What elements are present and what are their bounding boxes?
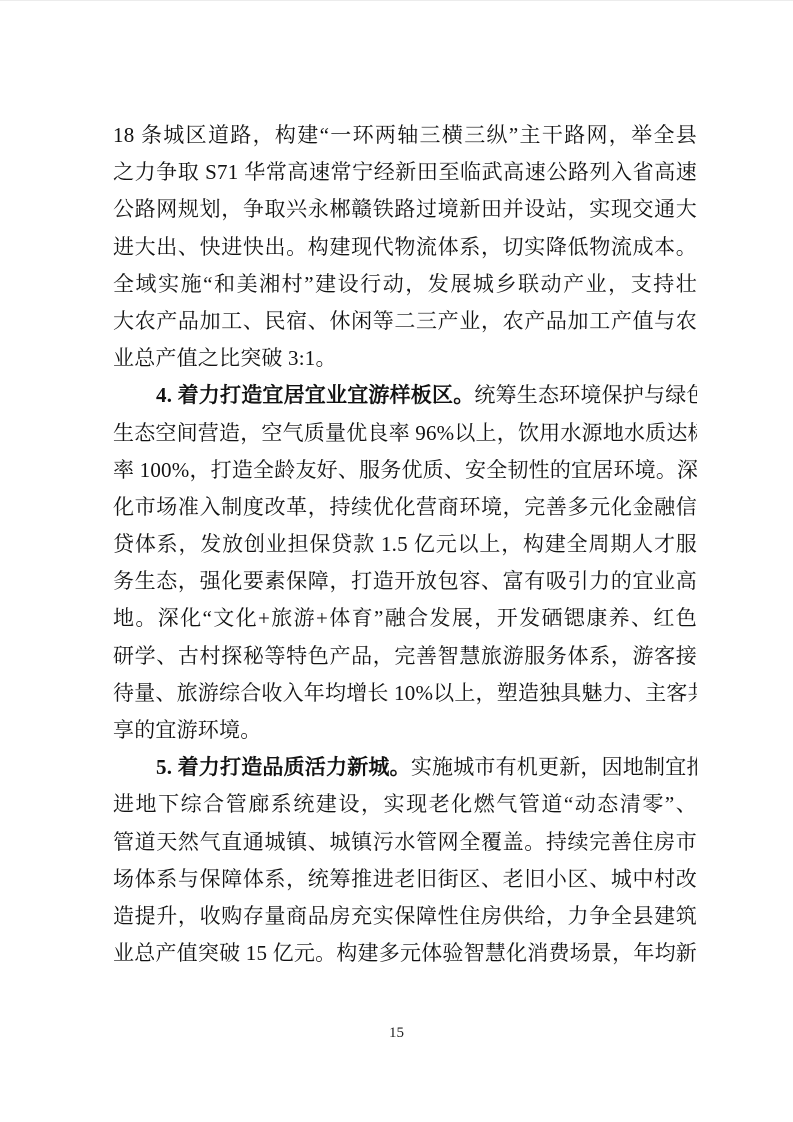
text-line: 率 100%，打造全龄友好、服务优质、安全韧性的宜居环境。深 [113,452,697,489]
text-line: 公路网规划，争取兴永郴赣铁路过境新田并设站，实现交通大 [113,191,697,228]
text-line: 进地下综合管廊系统建设，实现老化燃气管道“动态清零”、 [113,786,697,823]
text-run: 全域实施“和美湘村”建设行动，发展城乡联动产业，支持壮 [113,272,697,296]
text-line: 务生态，强化要素保障，打造开放包容、富有吸引力的宜业高 [113,563,697,600]
text-line: 之力争取 S71 华常高速常宁经新田至临武高速公路列入省高速 [113,154,697,191]
text-run: 业总产值之比突破 3:1。 [113,346,337,370]
text-run: 18 条城区道路，构建“一环两轴三横三纵”主干路网，举全县 [113,123,697,147]
text-run: 率 100%，打造全龄友好、服务优质、安全韧性的宜居环境。深 [113,458,697,482]
text-run: 研学、古村探秘等特色产品，完善智慧旅游服务体系，游客接 [113,644,697,668]
document-page: 18 条城区道路，构建“一环两轴三横三纵”主干路网，举全县之力争取 S71 华常… [0,0,793,1122]
text-line: 贷体系，发放创业担保贷款 1.5 亿元以上，构建全周期人才服 [113,526,697,563]
text-run: 造提升，收购存量商品房充实保障性住房供给，力争全县建筑 [113,904,697,928]
text-run: 贷体系，发放创业担保贷款 1.5 亿元以上，构建全周期人才服 [113,532,697,556]
text-run: 业总产值突破 15 亿元。构建多元体验智慧化消费场景，年均新 [113,941,697,965]
text-line: 研学、古村探秘等特色产品，完善智慧旅游服务体系，游客接 [113,638,697,675]
text-run: 实施城市有机更新，因地制宜推 [411,755,697,779]
text-line: 生态空间营造，空气质量优良率 96%以上，饮用水源地水质达标 [113,415,697,452]
text-run: 公路网规划，争取兴永郴赣铁路过境新田并设站，实现交通大 [113,197,697,221]
paragraph-lead-bold: 4. 着力打造宜居宜业宜游样板区。 [156,383,474,407]
text-line: 5. 着力打造品质活力新城。实施城市有机更新，因地制宜推 [113,749,697,786]
text-run: 场体系与保障体系，统筹推进老旧街区、老旧小区、城中村改 [113,867,697,891]
text-run: 地。深化“文化+旅游+体育”融合发展，开发硒锶康养、红色 [113,606,697,630]
document-text-block: 18 条城区道路，构建“一环两轴三横三纵”主干路网，举全县之力争取 S71 华常… [113,117,697,972]
page-number: 15 [0,1023,793,1043]
text-run: 进地下综合管廊系统建设，实现老化燃气管道“动态清零”、 [113,792,697,816]
text-run: 管道天然气直通城镇、城镇污水管网全覆盖。持续完善住房市 [113,830,697,854]
text-run: 进大出、快进快出。构建现代物流体系，切实降低物流成本。 [113,235,697,259]
text-line: 场体系与保障体系，统筹推进老旧街区、老旧小区、城中村改 [113,861,697,898]
text-run: 待量、旅游综合收入年均增长 10%以上，塑造独具魅力、主客共 [113,681,697,705]
text-run: 大农产品加工、民宿、休闲等二三产业，农产品加工产值与农 [113,309,697,333]
text-line: 18 条城区道路，构建“一环两轴三横三纵”主干路网，举全县 [113,117,697,154]
text-line: 4. 着力打造宜居宜业宜游样板区。统筹生态环境保护与绿色 [113,377,697,414]
text-line: 业总产值之比突破 3:1。 [113,340,697,377]
text-line: 地。深化“文化+旅游+体育”融合发展，开发硒锶康养、红色 [113,600,697,637]
text-run: 统筹生态环境保护与绿色 [474,383,697,407]
text-line: 享的宜游环境。 [113,712,697,749]
text-line: 大农产品加工、民宿、休闲等二三产业，农产品加工产值与农 [113,303,697,340]
text-run: 务生态，强化要素保障，打造开放包容、富有吸引力的宜业高 [113,569,697,593]
text-line: 业总产值突破 15 亿元。构建多元体验智慧化消费场景，年均新 [113,935,697,972]
text-line: 进大出、快进快出。构建现代物流体系，切实降低物流成本。 [113,229,697,266]
text-line: 化市场准入制度改革，持续优化营商环境，完善多元化金融信 [113,489,697,526]
text-run: 生态空间营造，空气质量优良率 96%以上，饮用水源地水质达标 [113,421,697,445]
text-line: 管道天然气直通城镇、城镇污水管网全覆盖。持续完善住房市 [113,824,697,861]
text-line: 全域实施“和美湘村”建设行动，发展城乡联动产业，支持壮 [113,266,697,303]
text-run: 化市场准入制度改革，持续优化营商环境，完善多元化金融信 [113,495,697,519]
paragraph-lead-bold: 5. 着力打造品质活力新城。 [156,755,411,779]
text-line: 造提升，收购存量商品房充实保障性住房供给，力争全县建筑 [113,898,697,935]
text-line: 待量、旅游综合收入年均增长 10%以上，塑造独具魅力、主客共 [113,675,697,712]
text-run: 之力争取 S71 华常高速常宁经新田至临武高速公路列入省高速 [113,160,697,184]
text-run: 享的宜游环境。 [113,718,261,742]
